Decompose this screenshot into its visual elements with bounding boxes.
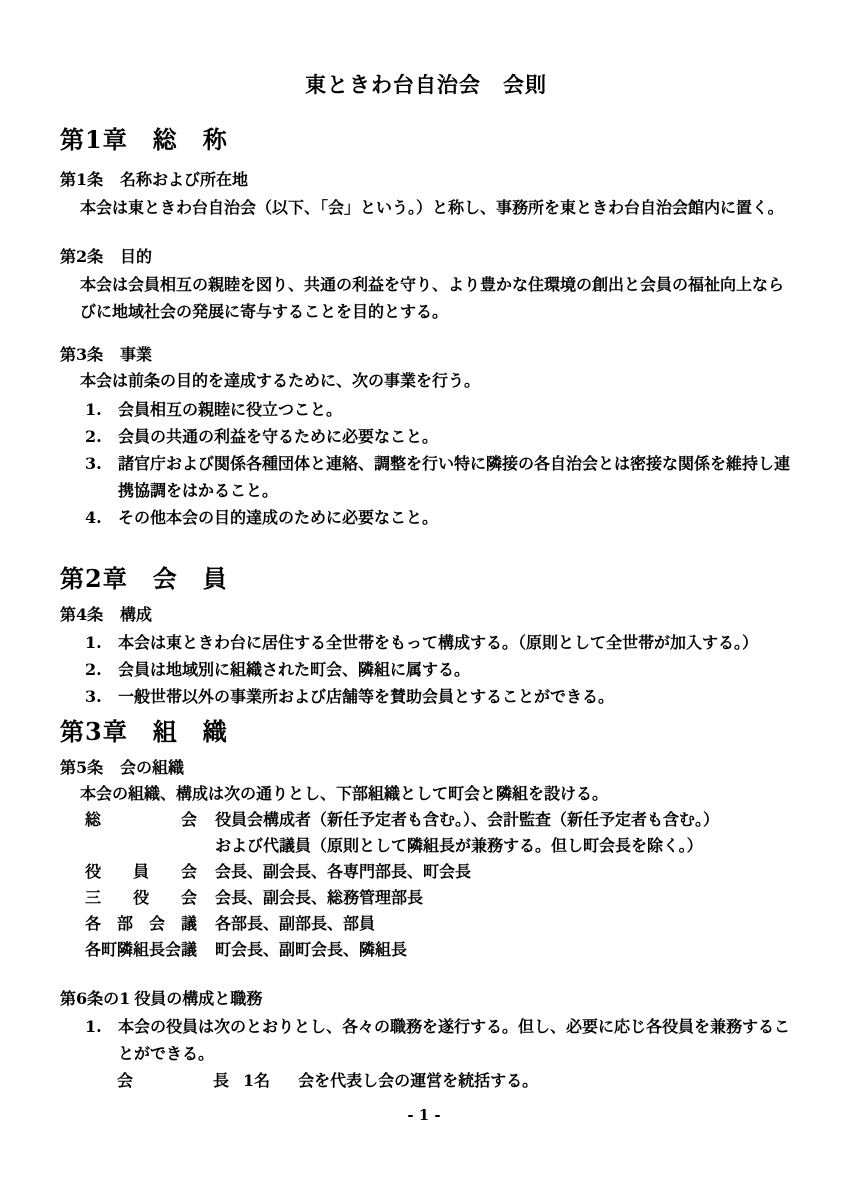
article-1-label: 第1条 bbox=[60, 168, 120, 192]
list-item: 2. 会員は地域別に組織された町会、隣組に属する。 bbox=[85, 656, 792, 683]
item-number: 3. bbox=[85, 450, 118, 504]
article-3-label: 第3条 bbox=[60, 343, 120, 367]
item-text: 会員は地域別に組織された町会、隣組に属する。 bbox=[118, 656, 792, 683]
item-number: 2. bbox=[85, 423, 118, 450]
org-value-line1: 役員会構成者（新任予定者も含む。）、会計監査（新任予定者も含む。） bbox=[215, 807, 792, 833]
item-text: 諸官庁および関係各種団体と連絡、調整を行い特に隣接の各自治会とは密接な関係を維持… bbox=[118, 450, 792, 504]
item-number: 1. bbox=[85, 1013, 118, 1067]
article-1-title: 名称および所在地 bbox=[120, 168, 248, 192]
article-5-intro: 本会の組織、構成は次の通りとし、下部組織として町会と隣組を設ける。 bbox=[80, 780, 792, 807]
org-row-yakuinkai: 役員会 会長、副会長、各専門部長、町会長 bbox=[85, 859, 792, 885]
page-number: - 1 - bbox=[0, 1104, 848, 1126]
document-title: 東ときわ台自治会 会則 bbox=[60, 72, 792, 98]
role-row-kaichou: 会長 1名 会を代表し会の運営を統括する。 bbox=[117, 1067, 792, 1094]
article-1-heading: 第1条 名称および所在地 bbox=[60, 168, 792, 192]
article-4-title: 構成 bbox=[120, 603, 152, 627]
article-6-1-heading: 第6条の1 役員の構成と職務 bbox=[60, 987, 792, 1011]
org-value: 役員会構成者（新任予定者も含む。）、会計監査（新任予定者も含む。） および代議員… bbox=[215, 807, 792, 859]
item-number: 2. bbox=[85, 656, 118, 683]
org-value: 各部長、副部長、部員 bbox=[215, 911, 792, 937]
item-number: 3. bbox=[85, 683, 118, 710]
role-duty: 会を代表し会の運営を統括する。 bbox=[298, 1067, 538, 1094]
article-6-1-label: 第6条の1 bbox=[60, 987, 130, 1011]
org-row-kakuchourinsochou: 各町隣組長会議 町会長、副町会長、隣組長 bbox=[85, 937, 792, 963]
list-item: 3. 諸官庁および関係各種団体と連絡、調整を行い特に隣接の各自治会とは密接な関係… bbox=[85, 450, 792, 504]
article-2-body: 本会は会員相互の親睦を図り、共通の利益を守り、より豊かな住環境の創出と会員の福祉… bbox=[80, 271, 792, 325]
item-text: 会員相互の親睦に役立つこと。 bbox=[118, 396, 792, 423]
article-3-intro: 本会は前条の目的を達成するために、次の事業を行う。 bbox=[80, 367, 792, 394]
item-text: 会員の共通の利益を守るために必要なこと。 bbox=[118, 423, 792, 450]
item-number: 1. bbox=[85, 396, 118, 423]
list-item: 4. その他本会の目的達成のために必要なこと。 bbox=[85, 504, 792, 531]
org-value: 町会長、副町会長、隣組長 bbox=[215, 937, 792, 963]
org-label: 三役会 bbox=[85, 885, 197, 911]
article-5-heading: 第5条 会の組織 bbox=[60, 756, 792, 780]
document-page: 東ときわ台自治会 会則 第1章 総 称 第1条 名称および所在地 本会は東ときわ… bbox=[0, 0, 848, 1200]
item-text: 本会の役員は次のとおりとし、各々の職務を遂行する。但し、必要に応じ各役員を兼務す… bbox=[118, 1013, 792, 1067]
organization-table: 総会 役員会構成者（新任予定者も含む。）、会計監査（新任予定者も含む。） および… bbox=[85, 807, 792, 963]
org-label: 役員会 bbox=[85, 859, 197, 885]
org-row-soukai: 総会 役員会構成者（新任予定者も含む。）、会計監査（新任予定者も含む。） および… bbox=[85, 807, 792, 859]
list-item: 2. 会員の共通の利益を守るために必要なこと。 bbox=[85, 423, 792, 450]
article-3-heading: 第3条 事業 bbox=[60, 343, 792, 367]
chapter-1-heading: 第1章 総 称 bbox=[60, 124, 792, 156]
article-3-list: 1. 会員相互の親睦に役立つこと。 2. 会員の共通の利益を守るために必要なこと… bbox=[85, 396, 792, 531]
item-text: 一般世帯以外の事業所および店舗等を賛助会員とすることができる。 bbox=[118, 683, 792, 710]
article-1-body: 本会は東ときわ台自治会（以下、「会」という。）と称し、事務所を東ときわ台自治会館… bbox=[80, 194, 792, 221]
item-text: その他本会の目的達成のために必要なこと。 bbox=[118, 504, 792, 531]
article-3-title: 事業 bbox=[120, 343, 152, 367]
article-2-title: 目的 bbox=[120, 245, 152, 269]
article-4-list: 1. 本会は東ときわ台に居住する全世帯をもって構成する。（原則として全世帯が加入… bbox=[85, 629, 792, 710]
item-number: 1. bbox=[85, 629, 118, 656]
article-6-1-list: 1. 本会の役員は次のとおりとし、各々の職務を遂行する。但し、必要に応じ各役員を… bbox=[85, 1013, 792, 1067]
chapter-2-heading: 第2章 会 員 bbox=[60, 563, 792, 595]
article-4-heading: 第4条 構成 bbox=[60, 603, 792, 627]
list-item: 1. 本会の役員は次のとおりとし、各々の職務を遂行する。但し、必要に応じ各役員を… bbox=[85, 1013, 792, 1067]
article-2-label: 第2条 bbox=[60, 245, 120, 269]
list-item: 1. 会員相互の親睦に役立つこと。 bbox=[85, 396, 792, 423]
article-5-label: 第5条 bbox=[60, 756, 120, 780]
chapter-3-heading: 第3章 組 織 bbox=[60, 716, 792, 748]
list-item: 3. 一般世帯以外の事業所および店舗等を賛助会員とすることができる。 bbox=[85, 683, 792, 710]
item-text: 本会は東ときわ台に居住する全世帯をもって構成する。（原則として全世帯が加入する。… bbox=[118, 629, 792, 656]
list-item: 1. 本会は東ときわ台に居住する全世帯をもって構成する。（原則として全世帯が加入… bbox=[85, 629, 792, 656]
org-row-sanyakukai: 三役会 会長、副会長、総務管理部長 bbox=[85, 885, 792, 911]
org-row-kakubukaigi: 各部会議 各部長、副部長、部員 bbox=[85, 911, 792, 937]
article-4-label: 第4条 bbox=[60, 603, 120, 627]
org-value: 会長、副会長、各専門部長、町会長 bbox=[215, 859, 792, 885]
role-name: 会長 bbox=[117, 1067, 229, 1094]
org-label: 各町隣組長会議 bbox=[85, 937, 197, 963]
org-value: 会長、副会長、総務管理部長 bbox=[215, 885, 792, 911]
role-count: 1名 bbox=[243, 1067, 270, 1094]
article-6-1-title: 役員の構成と職務 bbox=[134, 987, 262, 1011]
article-5-title: 会の組織 bbox=[120, 756, 184, 780]
org-value-line2: および代議員（原則として隣組長が兼務する。但し町会長を除く。） bbox=[215, 833, 792, 859]
org-label: 各部会議 bbox=[85, 911, 197, 937]
org-label: 総会 bbox=[85, 807, 197, 833]
item-number: 4. bbox=[85, 504, 118, 531]
article-2-heading: 第2条 目的 bbox=[60, 245, 792, 269]
